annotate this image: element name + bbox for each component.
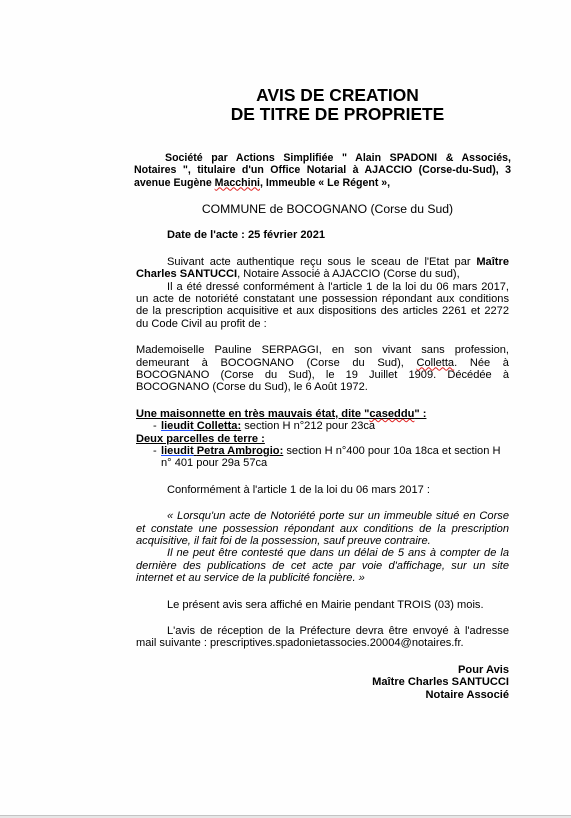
properties-list: Une maisonnette en très mauvais état, di… (136, 408, 509, 470)
list-dash: - (153, 420, 157, 432)
email-suffix: . (461, 637, 464, 649)
society-text-end: , Immeuble « Le Régent », (260, 177, 390, 189)
paragraph-acte-notoriete: Il a été dressé conformément à l'article… (136, 281, 509, 331)
para1-text-end: , Notaire Associé à AJACCIO (Corse du su… (237, 268, 460, 280)
lieudit-label: lieudit (161, 420, 194, 432)
place-name: Petra Ambrogio (197, 445, 280, 457)
signature-line-1: Pour Avis (136, 664, 509, 676)
paragraph-notary: Suivant acte authentique reçu sous le sc… (136, 256, 509, 281)
list-dash: - (153, 445, 157, 457)
signature-block: Pour Avis Maître Charles SANTUCCI Notair… (136, 664, 509, 701)
quote-paragraph-2: Il ne peut être contesté que dans un dél… (136, 547, 509, 584)
title-line-1: AVIS DE CREATION (166, 86, 509, 105)
misspelled-word[interactable]: Macchini (215, 177, 260, 189)
document-title: AVIS DE CREATION DE TITRE DE PROPRIETE (166, 86, 509, 124)
reception-paragraph: L'avis de réception de la Préfecture dev… (136, 625, 509, 650)
misspelled-word[interactable]: Colletta (416, 357, 454, 369)
lieudit-label: lieudit (161, 445, 194, 457)
signature-line-2: Maître Charles SANTUCCI (136, 676, 509, 688)
heading-text-end: " : (414, 408, 426, 420)
signature-line-3: Notaire Associé (136, 689, 509, 701)
document-page: AVIS DE CREATION DE TITRE DE PROPRIETE S… (0, 0, 571, 816)
quote-paragraph-1: « Lorsqu'un acte de Notoriété porte sur … (136, 510, 509, 547)
misspelled-word[interactable]: caseddu (369, 408, 414, 420)
para1-text: Suivant acte authentique reçu sous le sc… (167, 256, 476, 268)
property-heading-parcelles: Deux parcelles de terre : (136, 433, 509, 445)
title-line-2: DE TITRE DE PROPRIETE (166, 105, 509, 124)
list-item: - lieudit Petra Ambrogio: section H n°40… (136, 445, 509, 470)
beneficiary-paragraph: Mademoiselle Pauline SERPAGGI, en son vi… (136, 344, 509, 394)
commune-heading: COMMUNE de BOCOGNANO (Corse du Sud) (146, 203, 509, 215)
list-item: - lieudit Colletta: section H n°212 pour… (136, 420, 509, 432)
act-date: Date de l'acte : 25 février 2021 (167, 229, 509, 241)
heading-text: Une maisonnette en très mauvais état, di… (136, 408, 369, 420)
parcel-details: section H n°212 pour 23ca (241, 420, 375, 432)
affichage-paragraph: Le présent avis sera affiché en Mairie p… (136, 599, 509, 611)
email-address[interactable]: prescriptives.spadonietassocies.20004@no… (210, 637, 461, 649)
conformement-line: Conformément à l'article 1 de la loi du … (136, 484, 509, 496)
property-heading-maisonnette: Une maisonnette en très mauvais état, di… (136, 408, 509, 420)
document-content: AVIS DE CREATION DE TITRE DE PROPRIETE S… (136, 86, 509, 701)
society-paragraph: Société par Actions Simplifiée " Alain S… (134, 152, 511, 189)
place-name[interactable]: Colletta (197, 420, 238, 432)
